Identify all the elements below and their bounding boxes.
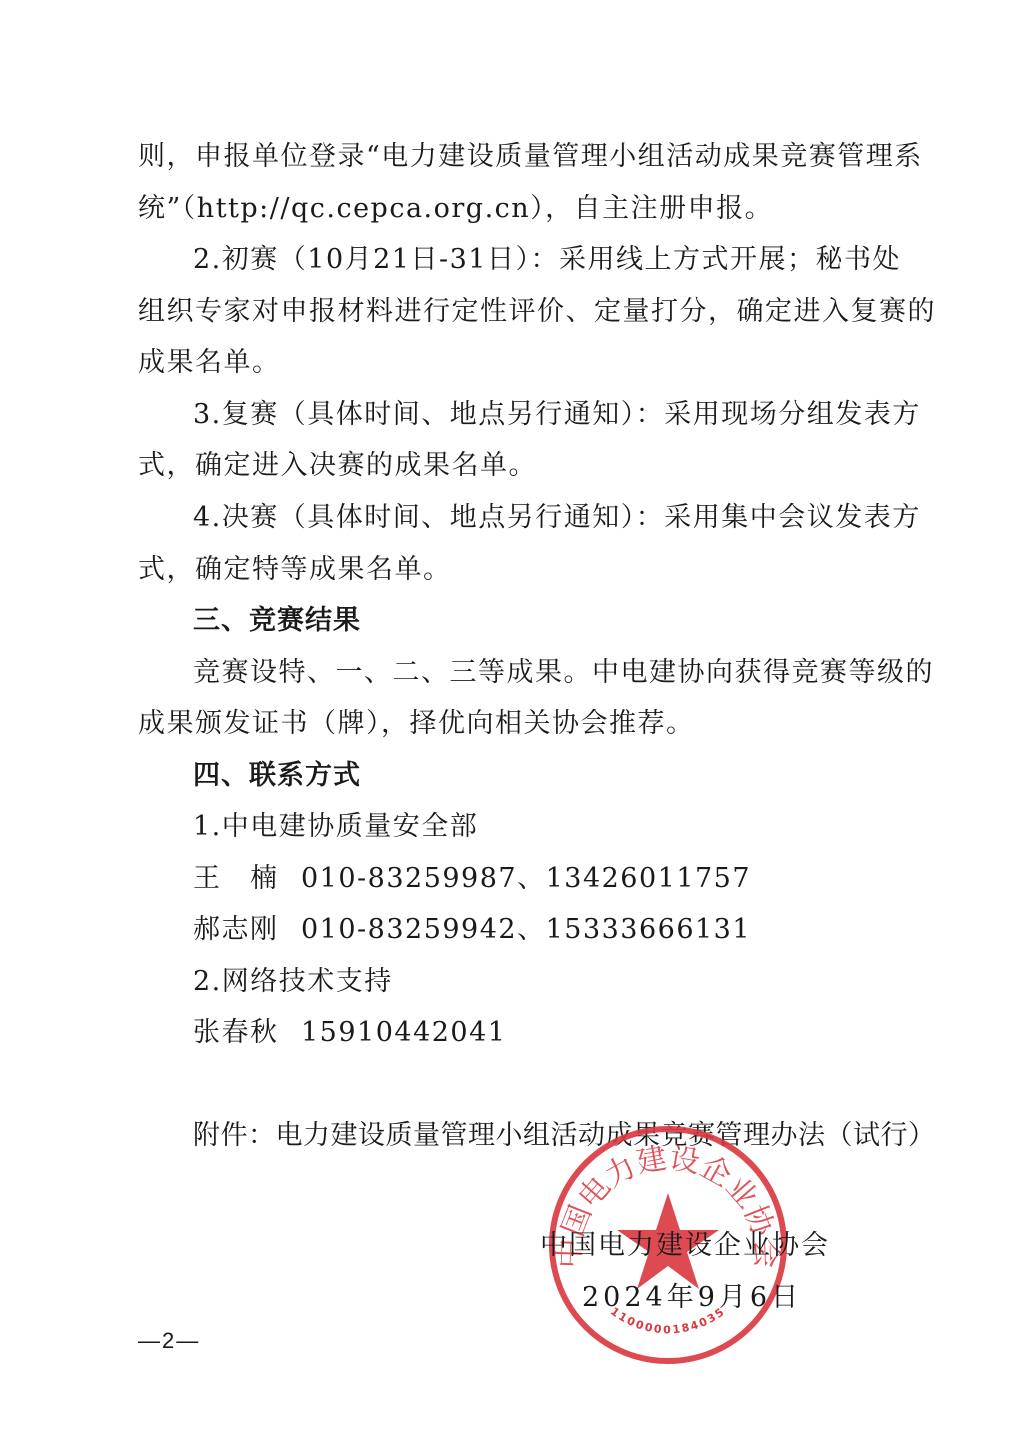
contact-phones: 010-83259987、13426011757: [301, 863, 751, 894]
body-line: 3.复赛（具体时间、地点另行通知）：采用现场分组发表方: [193, 399, 921, 431]
body-line: 式，确定进入决赛的成果名单。: [138, 450, 537, 482]
section-heading-contacts: 四、联系方式: [193, 760, 361, 792]
contact-dept: 1.中电建协质量安全部: [193, 811, 478, 843]
section-heading-results: 三、竞赛结果: [193, 605, 361, 637]
body-line: 成果颁发证书（牌），择优向相关协会推荐。: [138, 708, 695, 740]
contact-phones: 010-83259942、15333666131: [301, 914, 751, 945]
contact-row: 郝志刚010-83259942、15333666131: [193, 914, 751, 946]
contact-name: 郝志刚: [193, 914, 301, 946]
signature-org: 中国电力建设企业协会: [540, 1223, 830, 1262]
body-line: 2.初赛（10月21日-31日）：采用线上方式开展；秘书处: [193, 244, 901, 276]
body-line: 则，申报单位登录“电力建设质量管理小组活动成果竞赛管理系: [138, 141, 923, 173]
body-line: 4.决赛（具体时间、地点另行通知）：采用集中会议发表方: [193, 502, 921, 534]
contact-phones: 15910442041: [301, 1017, 506, 1048]
contact-dept: 2.网络技术支持: [193, 966, 393, 998]
contact-row: 张春秋15910442041: [193, 1017, 506, 1049]
body-line: 组织专家对申报材料进行定性评价、定量打分，确定进入复赛的: [138, 296, 936, 328]
page-number: —2—: [138, 1328, 200, 1354]
contact-name: 王 楠: [193, 863, 301, 895]
body-line: 竞赛设特、一、二、三等成果。中电建协向获得竞赛等级的: [193, 657, 934, 689]
signature-date: 2024年9月6日: [582, 1275, 802, 1314]
body-line: 成果名单。: [138, 347, 281, 379]
body-line: 统”（http://qc.cepca.org.cn），自主注册申报。: [138, 193, 773, 225]
contact-row: 王 楠010-83259987、13426011757: [193, 863, 751, 895]
contact-name: 张春秋: [193, 1017, 301, 1049]
body-line: 式，确定特等成果名单。: [138, 554, 452, 586]
